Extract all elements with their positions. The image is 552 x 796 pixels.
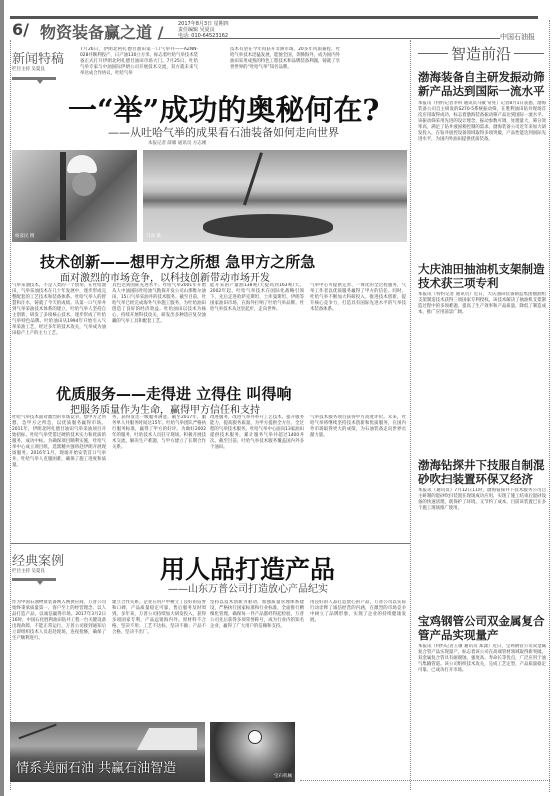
article-text: 建立合作关系。企业在用户中树立了良好的信誉和口碑，产品质量稳定可靠，售后服务及时… bbox=[112, 600, 206, 718]
column-tab bbox=[12, 77, 56, 80]
station-shape bbox=[137, 728, 197, 750]
header-rule bbox=[266, 16, 538, 19]
page-edge bbox=[0, 0, 4, 796]
column-tab bbox=[12, 578, 56, 581]
column-editor: 栏目主持 吴夏良 bbox=[12, 66, 45, 72]
ad-banner-side: 宝石机械 bbox=[210, 722, 295, 782]
sidebar-article-text: 本报讯（特约记者李科 通讯员马敏 常亮）记者8月1日获悉，渤海装备公司自主研发的… bbox=[418, 101, 546, 251]
case-subheadline: ——山东万普公司打造放心产品纪实 bbox=[168, 580, 328, 595]
photo-worker: 杨彦民 摄 bbox=[12, 150, 137, 242]
helmet-shape bbox=[67, 155, 97, 173]
main-headline: 一“举”成功的奥秘何在? bbox=[68, 88, 379, 129]
pumpjack-shape bbox=[18, 724, 61, 753]
sidebar-headline: 渤海装备自主研发振动筛新产品达到国际一流水平 bbox=[418, 70, 546, 98]
sidebar-article-text: 本报讯（特约记者王敏 通讯员 郑潇）近日，宝鸡钢管公司双金属复合管产品实现量产，… bbox=[418, 644, 546, 774]
sidebar-article-text: 本报讯（通讯员）7月12日11时，渤海钻探井下技术服务公司自主研制的混砂吹扫装置… bbox=[418, 488, 546, 606]
masthead-logo: 中国石油报 bbox=[500, 32, 535, 42]
article-text: 气举中心可提供完善、一体化的全过程服务，气举工作者以优质服务赢得了甲方的信任。同… bbox=[310, 283, 406, 373]
frame-border bbox=[549, 20, 550, 792]
banner-caption: 宝石机械 bbox=[274, 773, 292, 779]
sidebar-headline: 渤海钻探井下技服自制混砂吹扫装置环保又经济 bbox=[418, 458, 546, 486]
gauge-shape bbox=[248, 730, 262, 744]
byline: 本报记者 薛啸 通讯员 方志刚 bbox=[148, 140, 206, 146]
frame-border bbox=[10, 40, 11, 790]
photo-caption: 杨彦民 摄 bbox=[15, 233, 34, 239]
header-line bbox=[160, 38, 500, 39]
photo-oilfield: 马涛 摄 bbox=[143, 150, 407, 242]
intro-text: 技术有望在今年再获开非洲市场。20多年风雨兼程，吐哈气举技术迅猛发展，能驰全国，… bbox=[230, 47, 340, 85]
section-divider bbox=[10, 543, 410, 544]
sidebar-article-text: 本报讯（特约记者 通讯员）近日，大庆油田装备制造集团抽油机支架制造技术获得三项国… bbox=[418, 292, 546, 440]
header-rule bbox=[10, 16, 266, 19]
page-number: 6/ bbox=[12, 20, 29, 39]
article-text: 作为中国石油物资装备网入网供应商，万普公司始终秉承质量第一、客户至上的经营理念，… bbox=[12, 600, 106, 718]
banner-slogan: 情系美丽石油 共赢石油智造 bbox=[16, 757, 176, 776]
sidebar-headline: 大庆油田抽油机支架制造技术获三项专利 bbox=[418, 262, 546, 290]
article-text: 具色达到国际先进水平。吐哈气举2001年开始从人中油国际吐哈油气勘探开发公司山那… bbox=[112, 283, 206, 373]
column-divider bbox=[410, 40, 411, 790]
header-meta: 2017年8月3日 星期四 责任编辑 吴夏良 电话: 010-64523162 bbox=[178, 21, 229, 39]
main-subheadline: ——从吐哈气举的成果看石油装备如何走向世界 bbox=[108, 124, 339, 140]
article-text: 能开采的产量油138吨/天提高到163吨/天。2002年起，吐哈气举技术在国际化… bbox=[210, 283, 304, 373]
section-subheading: 把服务质量作为生命，赢得甲方信任和支持 bbox=[70, 401, 260, 416]
column-title: 新闻特稿 bbox=[12, 48, 64, 67]
intro-text: 7月26日，伊朗北阿扎德甘油田第一口气举井——AZNN-028井顺利投产，日产油… bbox=[80, 47, 198, 85]
article-text: 气举技术服务项目获得甲方高度评价。未来，吐哈气举将继续坚持技术创新和优质服务，在… bbox=[310, 415, 406, 535]
photo-caption: 马涛 摄 bbox=[146, 233, 161, 239]
frame-border bbox=[300, 780, 550, 781]
face-shape bbox=[72, 172, 96, 196]
article-text: 气举采油技术，不是人类的一个创举。在吐哈油田，气举采油技术在几十年发展中，逐步形… bbox=[12, 283, 106, 373]
article-text: 改进服务，改进气举井举升工艺技术，提升服务能力，提高服务质量，为甲方提供全方位、… bbox=[210, 415, 304, 535]
pond-shape bbox=[203, 214, 333, 238]
article-text: 务，获得发达一级服务满意，截至2017年，服务单人井服务时间达15年。吐哈气举团… bbox=[112, 415, 206, 535]
section-subheading: 面对激烈的市场竞争，以科技创新带动市场开发 bbox=[60, 269, 270, 284]
section-title: 物资装备赢之道 / bbox=[40, 20, 163, 43]
newspaper-page: 6/ 物资装备赢之道 / 2017年8月3日 星期四 责任编辑 吴夏良 电话: … bbox=[0, 0, 552, 796]
rig-mast-shape bbox=[243, 152, 263, 205]
ad-banner: 情系美丽石油 共赢石油智造 bbox=[10, 722, 205, 782]
article-text: 坚持以技术创新为驱动，加强质量管理体系建设，严格执行国家标准和行业标准，全面推行… bbox=[210, 600, 304, 718]
article-text: 吐哈气举技术面对激烈的市场竞争，想甲方之所想，急甲方之所急，以优质服务赢得市场。… bbox=[12, 415, 106, 535]
pipe-shape bbox=[60, 152, 66, 240]
sidebar-headline: 宝鸡钢管公司双金属复合管产品实现量产 bbox=[418, 614, 546, 642]
article-text: 用良好的人品打造放心的产品，万普公司以实际行动诠释了诚信经营的内涵，在激烈的市场… bbox=[310, 600, 406, 780]
column-editor: 栏目主持 吴夏良 bbox=[12, 568, 45, 574]
sidebar-title: 智造前沿 bbox=[412, 43, 550, 64]
column-title: 经典案例 bbox=[12, 550, 64, 569]
